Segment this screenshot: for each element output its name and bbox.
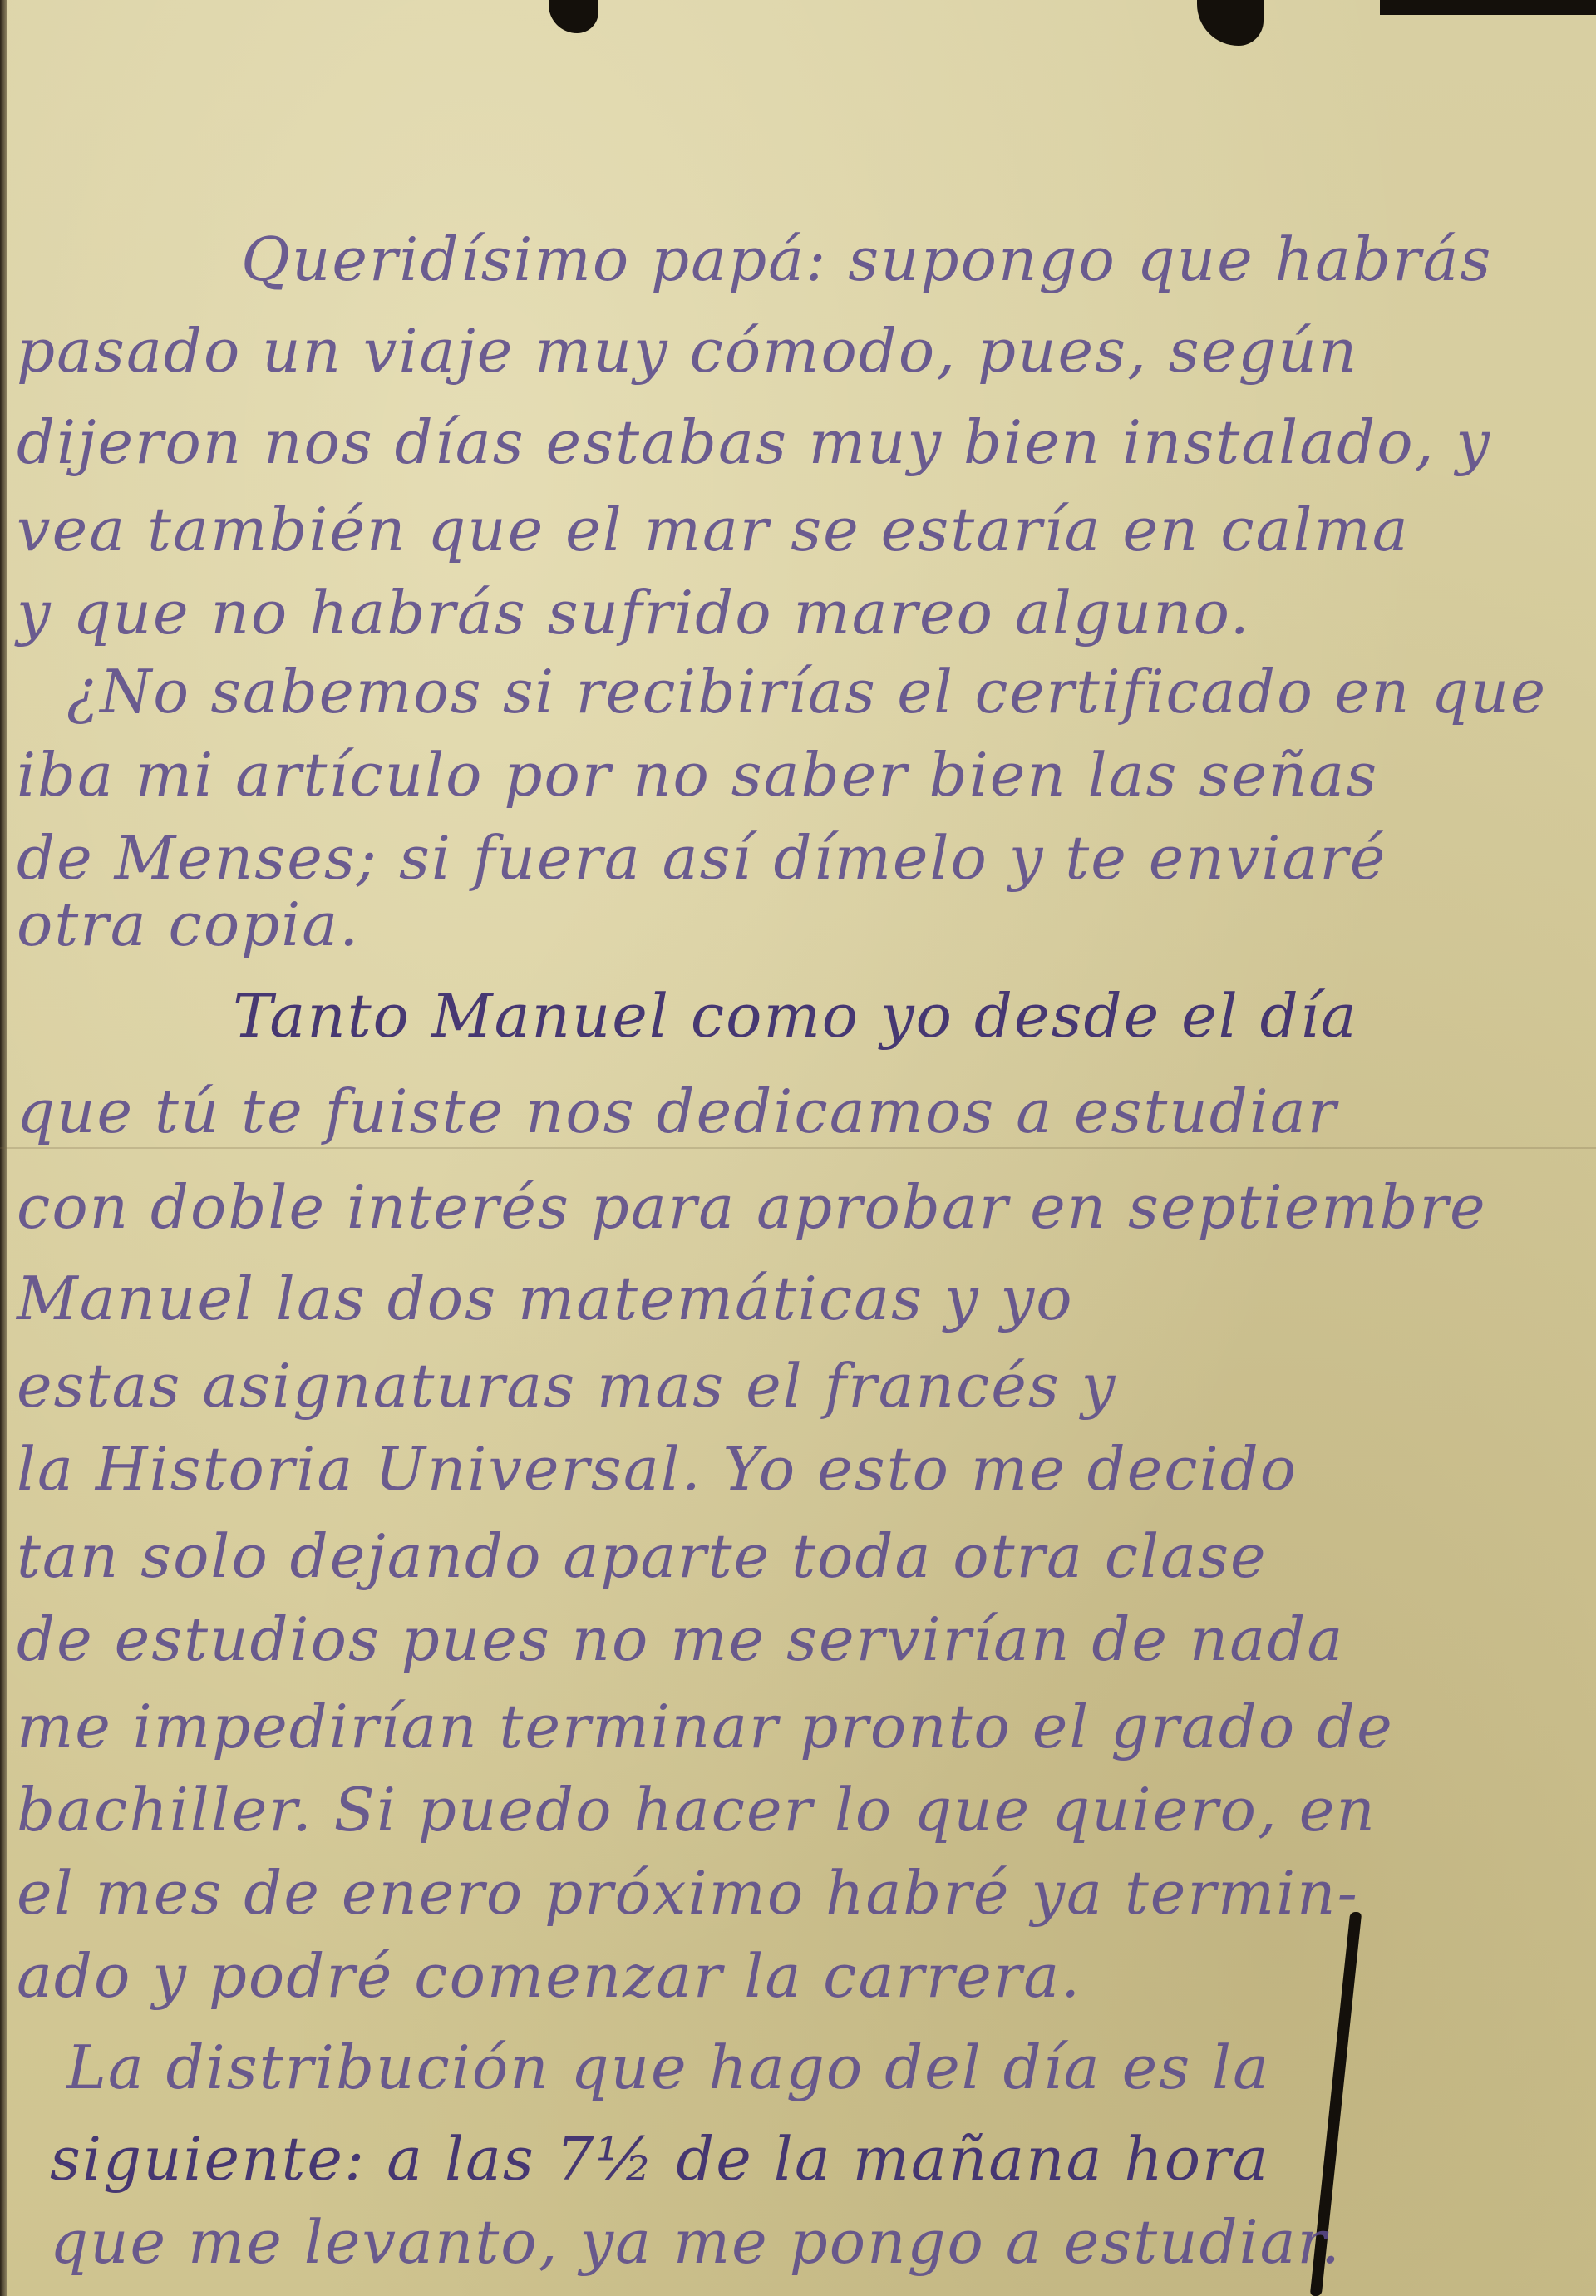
letter-line: que tú te fuiste nos dedicamos a estudia…: [17, 1077, 1337, 1146]
letter-line: otra copia.: [17, 889, 360, 959]
paper-tear: [549, 0, 598, 33]
letter-line: con doble interés para aprobar en septie…: [17, 1172, 1487, 1242]
letter-line: me impedirían terminar pronto el grado d…: [17, 1692, 1394, 1761]
paper-fold: [0, 1147, 1596, 1149]
letter-line: dijeron nos días estabas muy bien instal…: [17, 407, 1491, 477]
letter-line: bachiller. Si puedo hacer lo que quiero,…: [17, 1775, 1377, 1845]
letter-line: de estudios pues no me servirían de nada: [17, 1604, 1344, 1674]
letter-line: ado y podré comenzar la carrera.: [17, 1941, 1081, 2011]
letter-page: Queridísimo papá: supongo que habrás pas…: [0, 0, 1596, 2296]
letter-line: Tanto Manuel como yo desde el día: [233, 981, 1358, 1051]
paper-tear: [1380, 0, 1596, 15]
letter-line: la Historia Universal. Yo esto me decido: [17, 1434, 1298, 1504]
letter-line: pasado un viaje muy cómodo, pues, según: [17, 316, 1358, 386]
letter-line: ¿No sabemos si recibirías el certificado…: [66, 657, 1547, 727]
letter-line: siguiente: a las 7½ de la mañana hora: [50, 2124, 1269, 2194]
letter-line: el mes de enero próximo habré ya termin-: [17, 1858, 1359, 1928]
letter-line: La distribución que hago del día es la: [66, 2032, 1270, 2102]
letter-line: Manuel las dos matemáticas y yo: [17, 1264, 1074, 1333]
letter-line: de Menses; si fuera así dímelo y te envi…: [17, 823, 1387, 893]
letter-line: que me levanto, ya me pongo a estudiar.: [50, 2207, 1342, 2277]
letter-line: vea también que el mar se estaría en cal…: [17, 495, 1410, 564]
letter-line: estas asignaturas mas el francés y: [17, 1351, 1116, 1421]
letter-line: iba mi artículo por no saber bien las se…: [17, 740, 1378, 810]
paper-tear: [1197, 0, 1263, 46]
letter-line: Queridísimo papá: supongo que habrás: [241, 224, 1492, 294]
letter-line: tan solo dejando aparte toda otra clase: [17, 1521, 1268, 1591]
letter-line: y que no habrás sufrido mareo alguno.: [17, 578, 1251, 648]
